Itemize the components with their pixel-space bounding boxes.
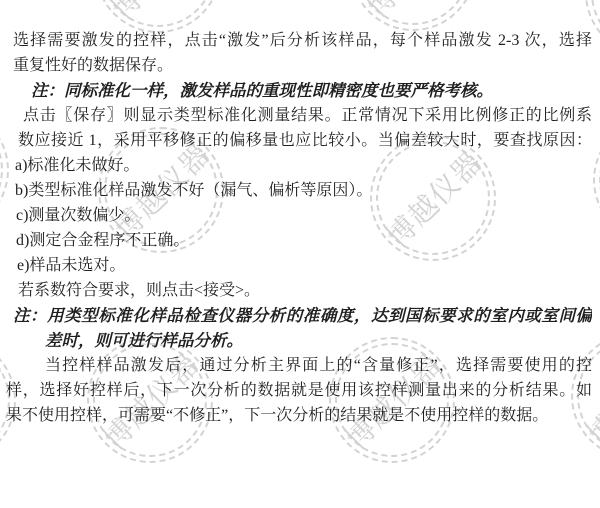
text-line: 重复性好的数据保存。 bbox=[13, 53, 592, 78]
text-line: 当控样样品激发后，通过分析主界面上的“含量修正”，选择需要使用的控 bbox=[45, 353, 592, 378]
text-line: e)样品未选对。 bbox=[17, 253, 592, 278]
text-line: 差时，则可进行样品分析。 bbox=[45, 328, 592, 353]
document-page: 博越仪器博越仪器博越仪器博越仪器博越仪器博越仪器博越仪器博越仪器博越仪器博越仪器… bbox=[0, 0, 600, 508]
text-line: 样，选择好控样后，下一次分析的数据就是使用该控样测量出来的分析结果。如 bbox=[6, 378, 592, 403]
text-line: 若系数符合要求，则点击<接受>。 bbox=[18, 278, 592, 303]
text-line: 果不使用控样，可需要“不修正”，下一次分析的结果就是不使用控样的数据。 bbox=[6, 403, 592, 428]
text-line: 注：同标准化一样，激发样品的重现性即精密度也要严格考核。 bbox=[31, 78, 592, 103]
text-line: c)测量次数偏少。 bbox=[16, 203, 592, 228]
text-line: d)测定合金程序不正确。 bbox=[16, 228, 592, 253]
text-line: 数应接近 1，采用平移修正的偏移量也应比较小。当偏差较大时，要查找原因： bbox=[18, 128, 592, 153]
document-text: 选择需要激发的控样，点击“激发”后分析该样品，每个样品激发 2-3 次，选择重复… bbox=[0, 0, 600, 508]
text-line: b)类型标准化样品激发不好（漏气、偏析等原因）。 bbox=[15, 178, 592, 203]
text-line: 点击〖保存〗则显示类型标准化测量结果。正常情况下采用比例修正的比例系 bbox=[23, 103, 592, 128]
text-line: 选择需要激发的控样，点击“激发”后分析该样品，每个样品激发 2-3 次，选择 bbox=[13, 28, 592, 53]
text-line: a)标准化未做好。 bbox=[15, 153, 592, 178]
text-line: 注：用类型标准化样品检查仪器分析的准确度，达到国标要求的室内或室间偏 bbox=[13, 303, 592, 328]
